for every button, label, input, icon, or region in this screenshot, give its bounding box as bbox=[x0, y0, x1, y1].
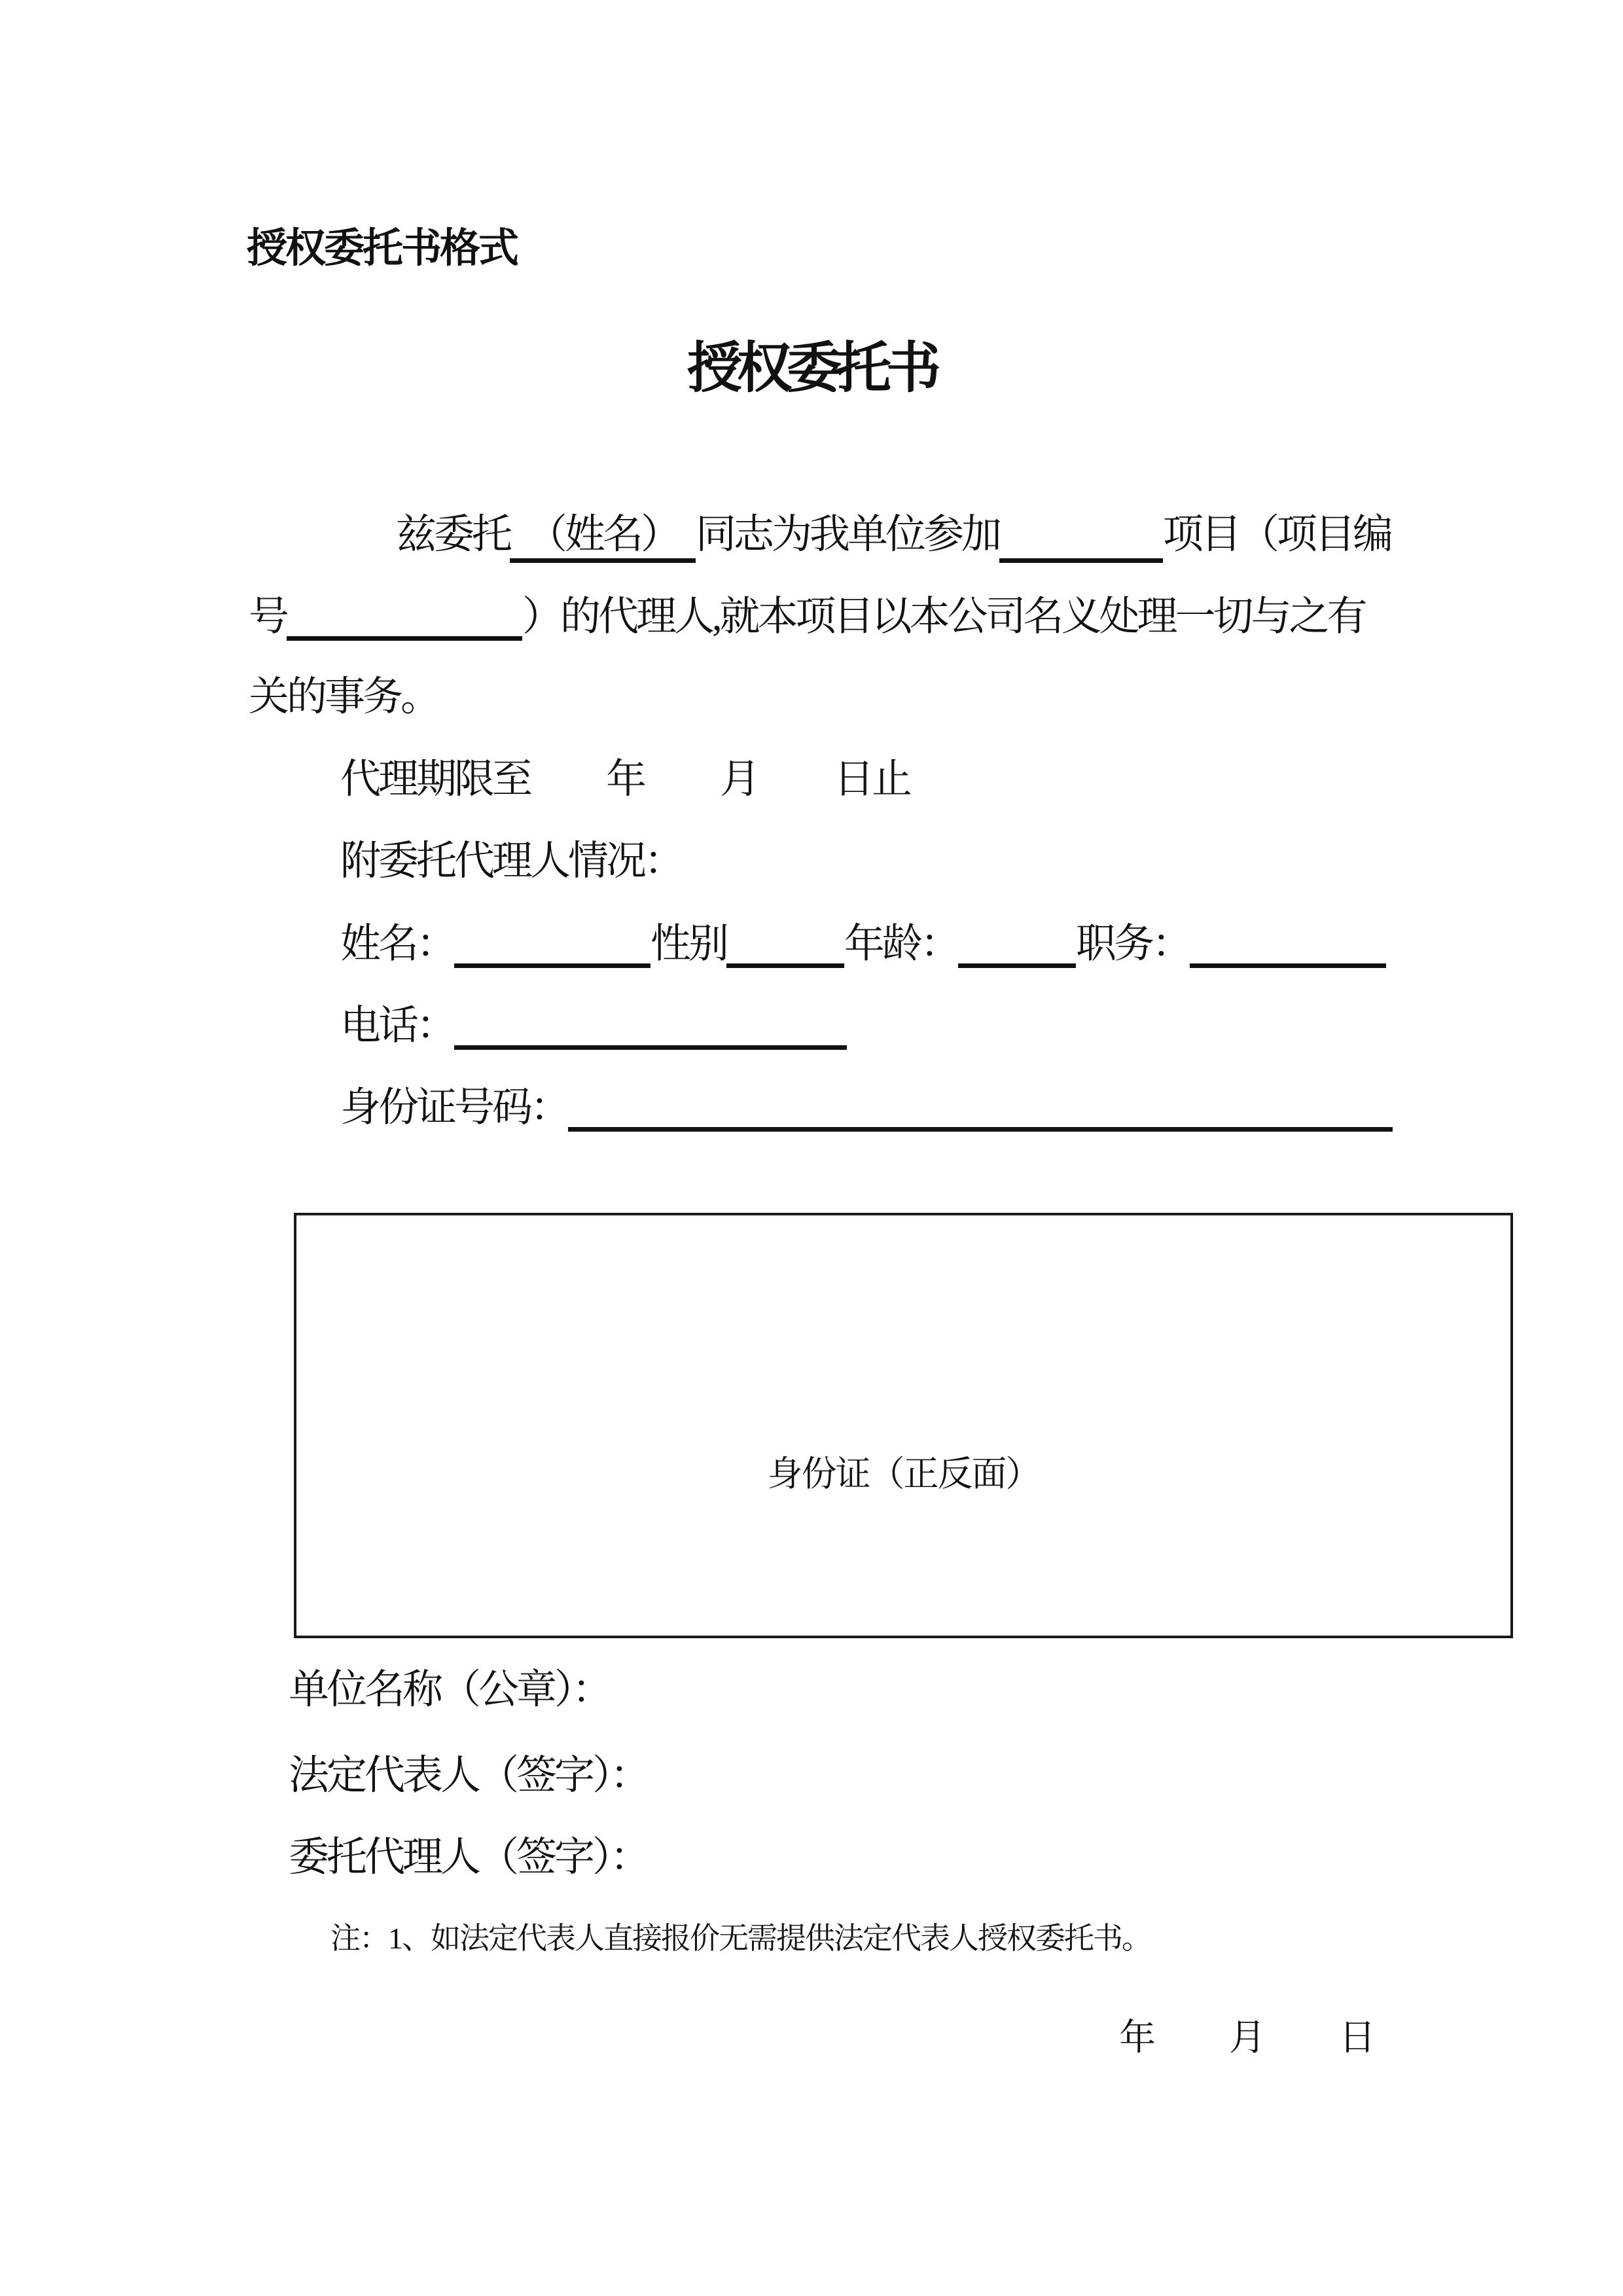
entrust-text-cont: ）的代理人,就本项目以本公司名义处理一切与之有 bbox=[522, 595, 1365, 639]
document-heading: 授权委托书格式 bbox=[247, 226, 517, 272]
project-name-blank[interactable] bbox=[999, 515, 1163, 563]
gender-blank[interactable] bbox=[726, 920, 844, 968]
body-line-3: 关的事务。 bbox=[249, 674, 438, 721]
gender-label: 性别 bbox=[651, 922, 726, 967]
date-line: 年 月 日 bbox=[1119, 2017, 1376, 2059]
entrust-text-post: 项目（项目编 bbox=[1163, 512, 1391, 557]
name-label: 姓名： bbox=[340, 922, 454, 967]
job-label: 职务： bbox=[1076, 922, 1190, 967]
phone-line: 电话： bbox=[340, 1002, 847, 1050]
job-blank[interactable] bbox=[1190, 920, 1386, 968]
agent-name-blank[interactable]: （姓名） bbox=[510, 512, 696, 563]
term-line: 代理期限至 年 月 日止 bbox=[340, 757, 910, 803]
signature-unit-line: 单位名称（公章）： bbox=[289, 1667, 610, 1713]
note-line: 注：1、如法定代表人直接报价无需提供法定代表人授权委托书。 bbox=[330, 1922, 1150, 1956]
id-number-line: 身份证号码： bbox=[340, 1084, 1393, 1132]
id-card-placeholder-label: 身份证（正反面） bbox=[296, 1446, 1510, 1496]
project-number-blank[interactable] bbox=[287, 593, 522, 641]
entrust-text-pre: 兹委托 bbox=[396, 512, 510, 557]
id-number-label: 身份证号码： bbox=[340, 1086, 568, 1130]
age-label: 年龄： bbox=[844, 922, 958, 967]
id-card-box[interactable]: 身份证（正反面） bbox=[294, 1213, 1513, 1638]
body-line-2: 号）的代理人,就本项目以本公司名义处理一切与之有 bbox=[249, 593, 1365, 641]
phone-label: 电话： bbox=[340, 1004, 454, 1049]
document-title: 授权委托书 bbox=[0, 339, 1623, 399]
agent-info-heading: 附委托代理人情况： bbox=[340, 838, 682, 885]
id-number-blank[interactable] bbox=[568, 1084, 1393, 1132]
project-number-label: 号 bbox=[249, 595, 287, 639]
entrust-text-mid: 同志为我单位参加 bbox=[696, 512, 999, 557]
age-blank[interactable] bbox=[958, 920, 1076, 968]
signature-agent-line: 委托代理人（签字）： bbox=[289, 1835, 648, 1881]
name-blank[interactable] bbox=[454, 920, 651, 968]
phone-blank[interactable] bbox=[454, 1002, 847, 1050]
agent-fields-line: 姓名：性别年龄：职务： bbox=[340, 920, 1386, 968]
signature-legal-rep-line: 法定代表人（签字）： bbox=[289, 1753, 648, 1799]
body-line-1: 兹委托（姓名）同志为我单位参加项目（项目编 bbox=[396, 512, 1391, 563]
authorization-letter-page: 授权委托书格式 授权委托书 兹委托（姓名）同志为我单位参加项目（项目编 号）的代… bbox=[0, 0, 1623, 2296]
